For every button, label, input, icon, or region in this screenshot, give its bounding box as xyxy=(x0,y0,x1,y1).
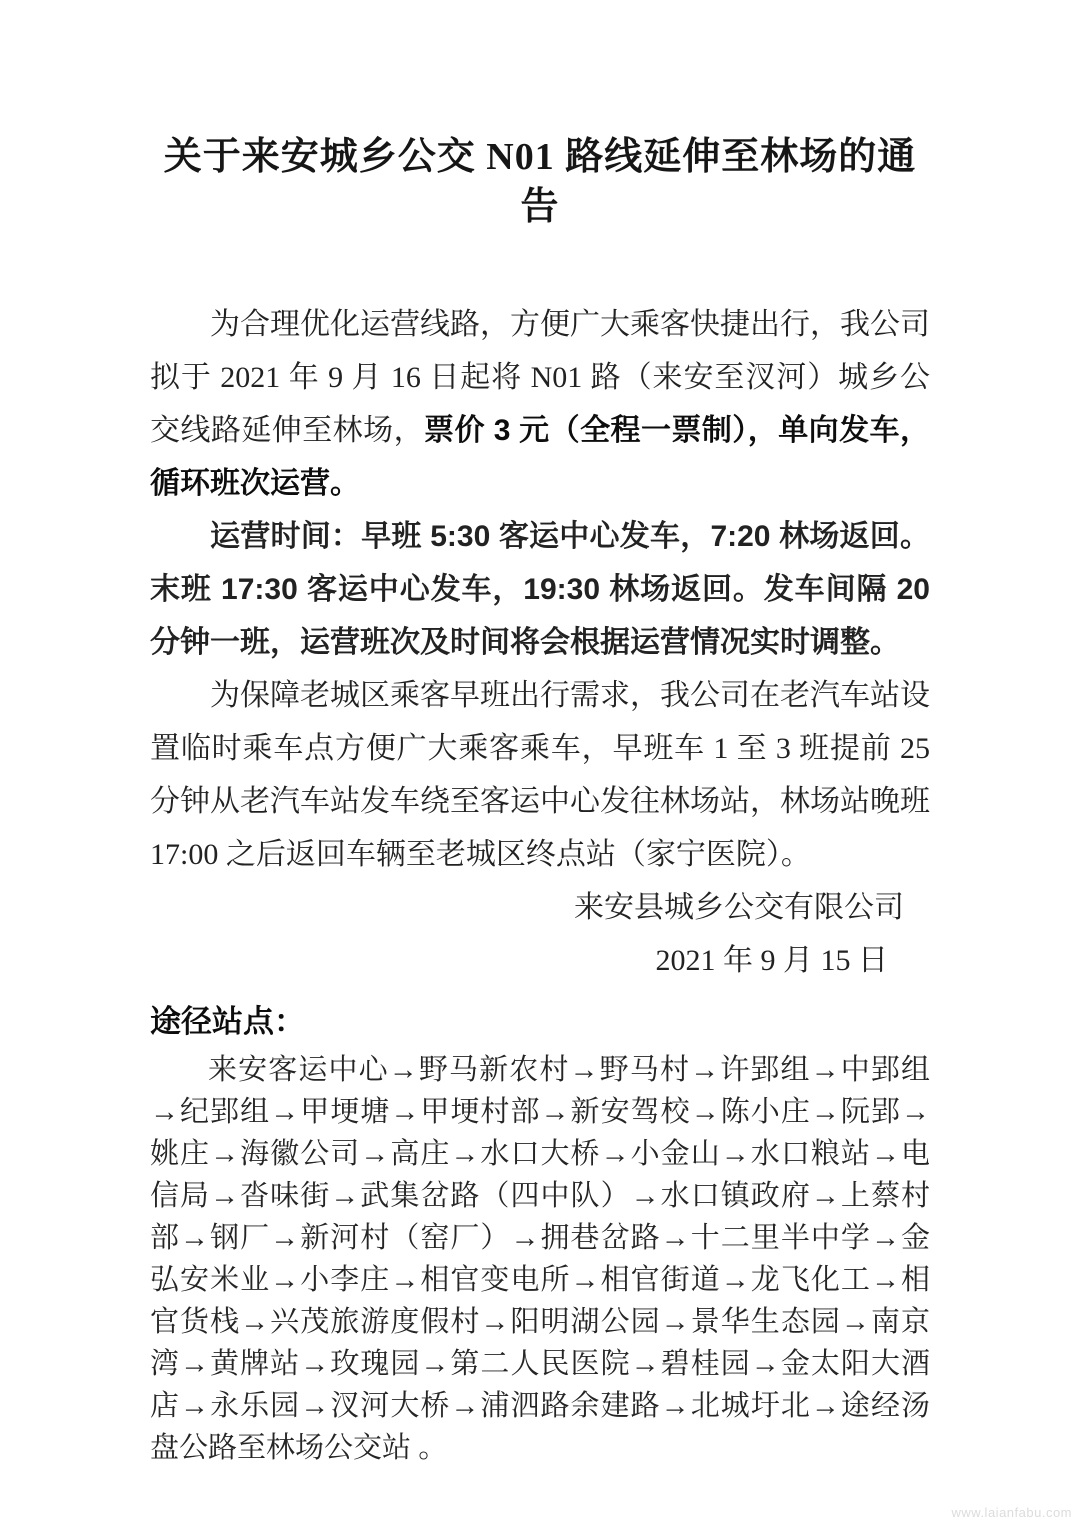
stops-text: 来安客运中心→野马新农村→野马村→许郢组→中郢组→纪郢组→甲埂塘→甲埂村部→新安… xyxy=(150,1054,930,1464)
paragraph-intro: 为合理优化运营线路，方便广大乘客快捷出行，我公司拟于 2021 年 9 月 16… xyxy=(150,298,930,510)
notice-page: 关于来安城乡公交 N01 路线延伸至林场的通告 为合理优化运营线路，方便广大乘客… xyxy=(0,0,1080,1526)
paragraph-operating-hours: 运营时间：早班 5:30 客运中心发车，7:20 林场返回。末班 17:30 客… xyxy=(150,510,930,669)
issuer-signature: 来安县城乡公交有限公司 xyxy=(150,881,930,934)
issue-date: 2021 年 9 月 15 日 xyxy=(150,934,930,987)
watermark: www.laianfabu.com xyxy=(952,1505,1073,1520)
stops-heading: 途径站点： xyxy=(150,999,930,1045)
stops-route: 来安客运中心→野马新农村→野马村→许郢组→中郢组→纪郢组→甲埂塘→甲埂村部→新安… xyxy=(150,1049,930,1469)
paragraph-old-town-service: 为保障老城区乘客早班出行需求，我公司在老汽车站设置临时乘车点方便广大乘客乘车，早… xyxy=(150,669,930,881)
signature-block: 来安县城乡公交有限公司 2021 年 9 月 15 日 xyxy=(150,881,930,987)
page-title: 关于来安城乡公交 N01 路线延伸至林场的通告 xyxy=(150,132,930,232)
